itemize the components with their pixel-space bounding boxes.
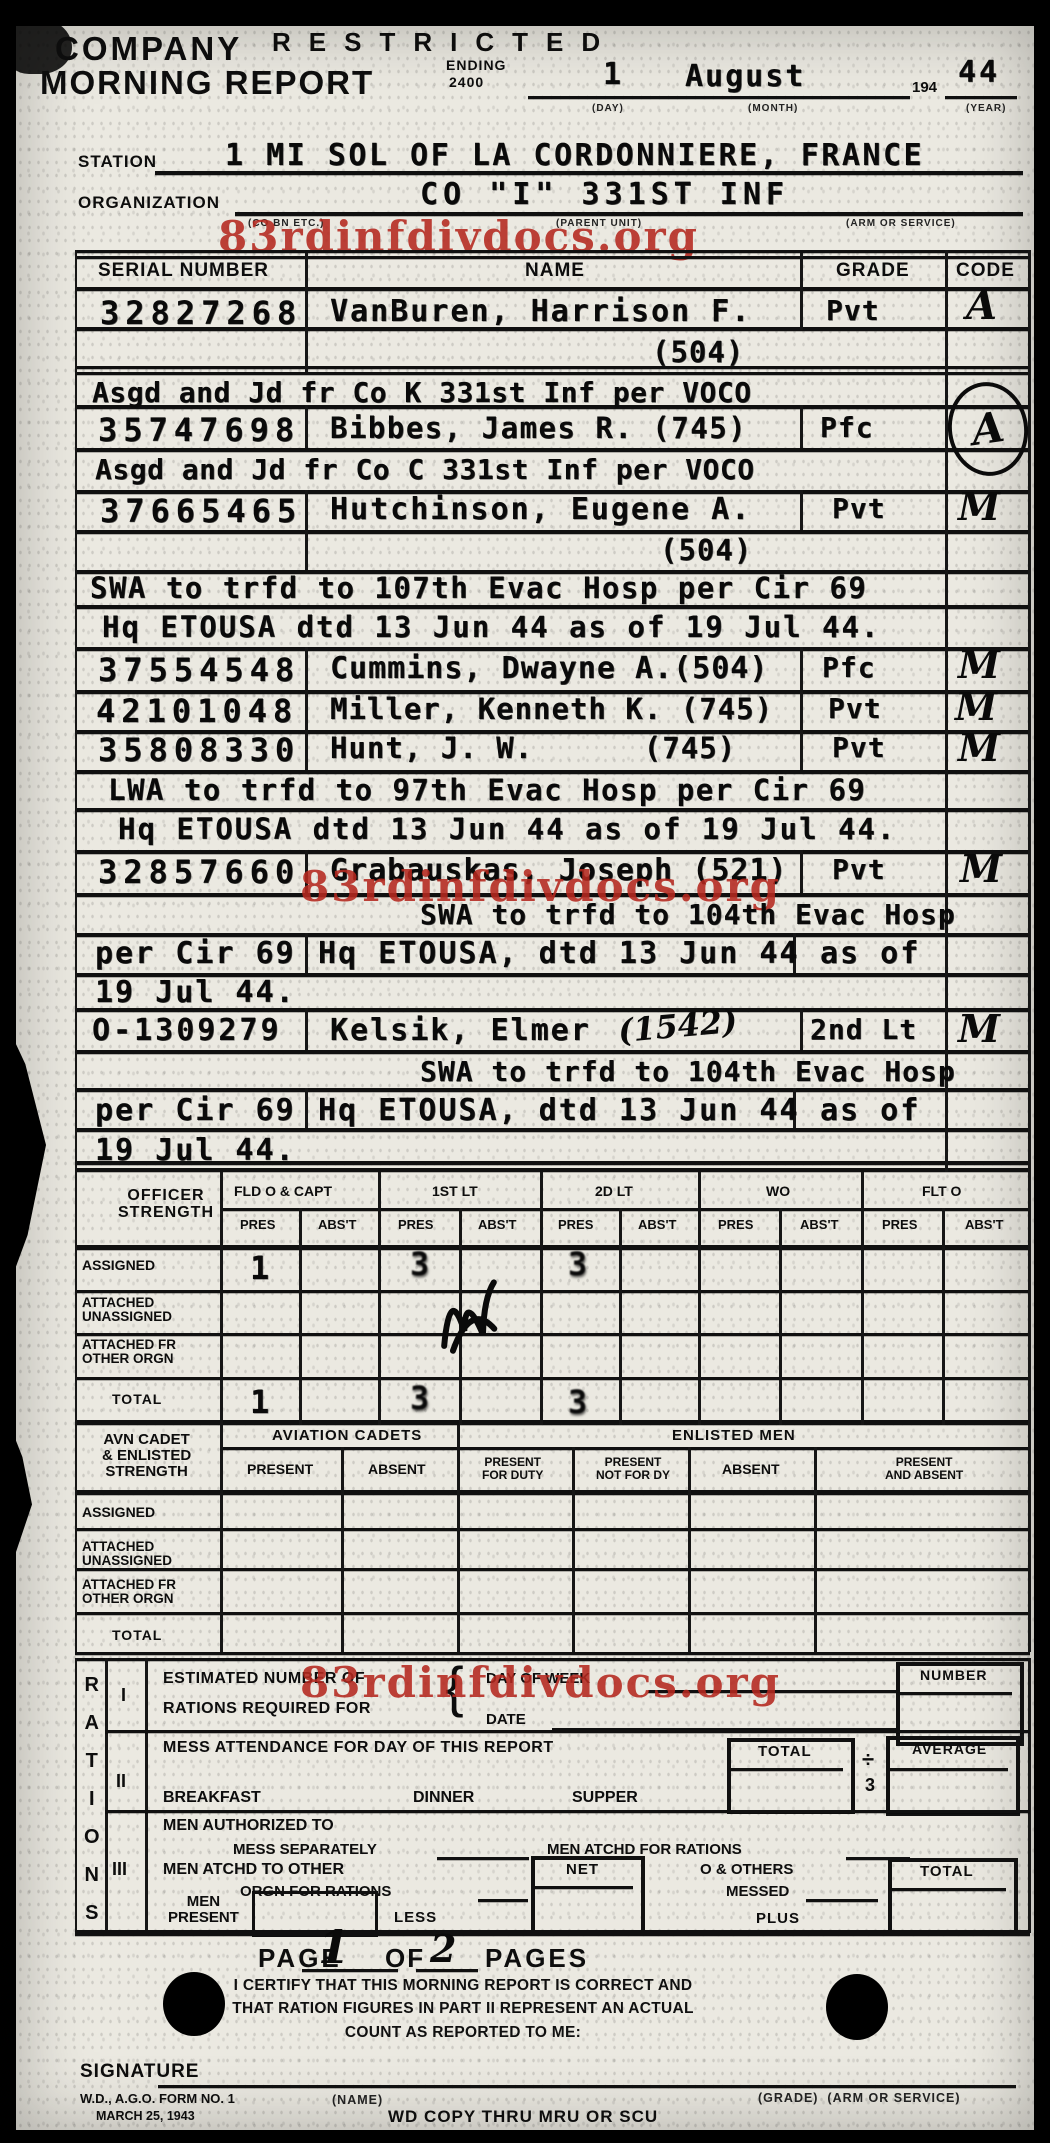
pages-label: PAGES bbox=[485, 1945, 589, 1972]
name-caption: (NAME) bbox=[332, 2093, 383, 2107]
officer-row-attached-unassigned: ATTACHED UNASSIGNED bbox=[82, 1296, 172, 1324]
rations-men-atchd-other-label: MEN ATCHD TO OTHER bbox=[163, 1862, 344, 1879]
avn-col-line bbox=[688, 1447, 691, 1652]
rations-box-line bbox=[900, 1692, 1012, 1695]
avn-col-line bbox=[220, 1425, 223, 1652]
roster-code-letter: A bbox=[966, 286, 997, 326]
officer-value: 3 bbox=[410, 1248, 429, 1280]
avn-border-right bbox=[1028, 1425, 1031, 1652]
roster-line bbox=[75, 250, 1030, 253]
roster-serial-divider bbox=[305, 490, 308, 570]
roster-name: VanBuren, Harrison F. bbox=[330, 297, 751, 327]
roster-line bbox=[75, 1128, 1030, 1132]
rations-o-others-label: O & OTHERS bbox=[700, 1862, 793, 1878]
year-caption: (YEAR) bbox=[966, 103, 1006, 114]
organization-label: ORGANIZATION bbox=[78, 194, 220, 212]
watermark-bottom: 83rdinfdivdocs.org bbox=[300, 1662, 781, 1704]
rations-divide-sign: ÷ bbox=[862, 1748, 874, 1771]
rations-numeral-3: III bbox=[112, 1860, 127, 1879]
roster-line bbox=[75, 372, 1030, 375]
roster-grade: Pfc bbox=[822, 654, 876, 682]
roster-name: Hutchinson, Eugene A. bbox=[330, 495, 751, 525]
roster-grade-divider bbox=[800, 253, 803, 330]
officer-sub-abst: ABS'T bbox=[800, 1218, 838, 1232]
roster-serial: 42101048 bbox=[96, 695, 298, 727]
certification-line2: THAT RATION FIGURES IN PART II REPRESENT… bbox=[228, 1997, 698, 2020]
avn-line bbox=[75, 1490, 1030, 1495]
officer-col-line bbox=[220, 1172, 223, 1425]
officer-value: 1 bbox=[250, 1252, 269, 1284]
report-day-value: 1 bbox=[603, 60, 621, 90]
punch-hole-right bbox=[826, 1974, 888, 2040]
officer-group-2dlt: 2D LT bbox=[595, 1184, 633, 1199]
officer-sub-line bbox=[299, 1208, 302, 1425]
roster-name-note: (504) bbox=[660, 536, 752, 565]
handwritten-scribble bbox=[423, 1267, 518, 1362]
roster-code-letter: M bbox=[958, 488, 1000, 526]
avn-table-header: AVN CADET & ENLISTED STRENGTH bbox=[102, 1432, 191, 1479]
roster-header-serial: SERIAL NUMBER bbox=[98, 261, 269, 281]
report-year-value: 44 bbox=[958, 58, 1000, 88]
avn-row-attached-fr: ATTACHED FR OTHER ORGN bbox=[82, 1578, 176, 1606]
page-underline bbox=[416, 1969, 478, 1972]
roster-line bbox=[75, 366, 1030, 369]
rations-bottom-line bbox=[75, 1930, 1030, 1936]
roster-border-right bbox=[1028, 250, 1031, 1172]
form-date: MARCH 25, 1943 bbox=[96, 2110, 195, 2123]
officer-sub-abst: ABS'T bbox=[318, 1218, 356, 1232]
roster-remark: per Cir 69 bbox=[95, 1096, 296, 1126]
form-title-company: COMPANY bbox=[55, 32, 242, 67]
roster-name: Hunt, J. W. (745) bbox=[330, 734, 736, 763]
officer-sub-pres: PRES bbox=[398, 1218, 433, 1232]
avn-col-line bbox=[814, 1447, 817, 1652]
roster-code-divider bbox=[945, 250, 948, 1172]
roster-code-letter: M bbox=[958, 646, 1000, 684]
officer-sub-line bbox=[779, 1208, 782, 1425]
roster-serial: 32857660 bbox=[98, 856, 300, 888]
year-underline bbox=[945, 96, 1017, 99]
roster-serial: 37554548 bbox=[98, 654, 300, 686]
signature-line bbox=[158, 2085, 1016, 2088]
rations-date-label: DATE bbox=[486, 1712, 526, 1728]
officer-sub-abst: ABS'T bbox=[478, 1218, 516, 1232]
avn-col-absent: ABSENT bbox=[368, 1462, 426, 1477]
roster-serial-divider bbox=[305, 1008, 308, 1050]
rations-mess-attendance-label: MESS ATTENDANCE FOR DAY OF THIS REPORT bbox=[163, 1740, 554, 1757]
roster-serial: 32827268 bbox=[100, 297, 302, 329]
officer-line bbox=[220, 1208, 1030, 1211]
roster-code-letter: M bbox=[955, 688, 997, 726]
station-label: STATION bbox=[78, 153, 157, 171]
roster-remark: 19 Jul 44. bbox=[95, 1136, 296, 1166]
avn-group-enlisted: ENLISTED MEN bbox=[672, 1428, 796, 1444]
avn-line bbox=[75, 1612, 1030, 1615]
rations-plus-label: PLUS bbox=[756, 1911, 800, 1927]
roster-line bbox=[75, 287, 1030, 291]
officer-border-left bbox=[75, 1172, 77, 1425]
scan-edge-bottom bbox=[0, 2130, 1050, 2143]
roster-serial: 35747698 bbox=[98, 414, 300, 446]
roster-serial: 37665465 bbox=[100, 495, 302, 527]
year-prefix: 194 bbox=[912, 80, 937, 96]
roster-header-name: NAME bbox=[525, 261, 585, 281]
avn-row-attached-unassigned: ATTACHED UNASSIGNED bbox=[82, 1540, 172, 1568]
rations-divisor: 3 bbox=[865, 1776, 875, 1795]
avn-group-cadets: AVIATION CADETS bbox=[272, 1428, 422, 1444]
wd-copy-note: WD COPY THRU MRU OR SCU bbox=[388, 2108, 658, 2126]
officer-value: 3 bbox=[568, 1386, 587, 1418]
roster-line bbox=[75, 256, 1030, 259]
rations-mess-separately-label: MESS SEPARATELY bbox=[233, 1842, 377, 1858]
officer-sub-line bbox=[619, 1208, 622, 1425]
officer-col-line bbox=[698, 1172, 701, 1425]
roster-name: Cummins, Dwayne A.(504) bbox=[330, 654, 768, 684]
avn-row-total: TOTAL bbox=[112, 1628, 162, 1643]
avn-col-present: PRESENT bbox=[247, 1462, 313, 1477]
day-caption: (DAY) bbox=[592, 103, 624, 114]
date-underline bbox=[528, 96, 910, 99]
avn-col-present-for-duty: PRESENT FOR DUTY bbox=[482, 1456, 543, 1481]
page-total-hand: 2 bbox=[430, 1930, 456, 1968]
report-month-value: August bbox=[685, 62, 805, 92]
roster-serial-divider bbox=[305, 647, 308, 770]
rations-men-present-label: MEN PRESENT bbox=[168, 1894, 239, 1926]
officer-col-line bbox=[861, 1172, 864, 1425]
roster-code-letter: A bbox=[969, 406, 1007, 452]
rations-border-left bbox=[75, 1658, 77, 1933]
rations-numeral-2: II bbox=[116, 1772, 126, 1791]
rations-dinner-label: DINNER bbox=[413, 1790, 474, 1807]
roster-remark: Hq ETOUSA dtd 13 Jun 44 as of 19 Jul 44. bbox=[118, 815, 896, 844]
roster-name: Bibbes, James R. (745) bbox=[330, 414, 747, 443]
officer-value: 3 bbox=[568, 1248, 587, 1280]
roster-line bbox=[75, 605, 1030, 609]
officer-sub-pres: PRES bbox=[240, 1218, 275, 1232]
officer-group-1stlt: 1ST LT bbox=[432, 1184, 478, 1199]
rations-box-line bbox=[890, 1768, 1008, 1771]
rations-line bbox=[105, 1730, 1030, 1733]
roster-grade: Pvt bbox=[832, 495, 886, 523]
roster-code-letter: M bbox=[958, 1010, 1000, 1048]
roster-remark: Hq ETOUSA dtd 13 Jun 44 as of 19 Jul 44. bbox=[102, 613, 880, 642]
roster-remark: as of bbox=[820, 939, 920, 969]
rations-number-box-label: NUMBER bbox=[920, 1668, 987, 1683]
officer-border-right bbox=[1028, 1172, 1031, 1425]
roster-grade-divider bbox=[800, 490, 803, 530]
officer-value: 3 bbox=[410, 1382, 429, 1414]
officer-row-assigned: ASSIGNED bbox=[82, 1258, 155, 1273]
roster-serial-divider bbox=[305, 253, 308, 372]
officer-sub-line bbox=[942, 1208, 945, 1425]
officer-line bbox=[75, 1290, 1030, 1293]
rations-box-line bbox=[731, 1768, 843, 1771]
organization-value: CO "I" 331ST INF bbox=[420, 180, 789, 210]
roster-grade-divider bbox=[800, 405, 803, 448]
roster-hand-number: (1542) bbox=[617, 1005, 739, 1047]
rations-col-line bbox=[145, 1658, 148, 1933]
roster-remark: SWA to trfd to 104th Evac Hosp bbox=[420, 901, 956, 929]
roster-line bbox=[75, 1050, 1030, 1054]
avn-col-present-not-for-duty: PRESENT NOT FOR DY bbox=[596, 1456, 670, 1481]
roster-name-note: (504) bbox=[652, 338, 744, 367]
roster-grade-divider bbox=[800, 1008, 803, 1050]
officer-sub-abst: ABS'T bbox=[638, 1218, 676, 1232]
avn-line bbox=[75, 1568, 1030, 1571]
roster-header-code: CODE bbox=[956, 261, 1015, 281]
certification-line3: COUNT AS REPORTED TO ME: bbox=[228, 2021, 698, 2044]
certification-line1: I CERTIFY THAT THIS MORNING REPORT IS CO… bbox=[228, 1974, 698, 1997]
officer-group-fldo: FLD O & CAPT bbox=[234, 1184, 332, 1199]
signature-label: SIGNATURE bbox=[80, 2062, 199, 2082]
roster-grade: Pvt bbox=[826, 297, 880, 325]
officer-row-attached-fr: ATTACHED FR OTHER ORGN bbox=[82, 1338, 176, 1366]
avn-col-line bbox=[341, 1447, 344, 1652]
roster-remark: Hq ETOUSA, dtd 13 Jun 44 bbox=[318, 939, 799, 969]
rations-box-line bbox=[535, 1886, 633, 1889]
rations-blank-line bbox=[437, 1857, 529, 1860]
officer-sub-abst: ABS'T bbox=[965, 1218, 1003, 1232]
roster-remark: SWA to trfd to 107th Evac Hosp per Cir 6… bbox=[90, 574, 867, 603]
rations-side-label: R A T I O N S bbox=[84, 1666, 100, 1932]
roster-serial-divider bbox=[305, 1088, 308, 1128]
rations-less-label: LESS bbox=[394, 1910, 437, 1926]
roster-code-letter: M bbox=[960, 850, 1002, 888]
roster-grade-divider bbox=[800, 647, 803, 770]
rations-net-box-label: NET bbox=[566, 1862, 599, 1878]
rations-blank-line bbox=[806, 1899, 878, 1902]
officer-col-line bbox=[378, 1172, 381, 1425]
officer-row-total: TOTAL bbox=[112, 1392, 162, 1407]
rations-total3-box-label: TOTAL bbox=[920, 1864, 974, 1880]
ending-2400-label: 2400 bbox=[449, 75, 484, 90]
avn-line bbox=[75, 1528, 1030, 1531]
avn-border-left bbox=[75, 1425, 77, 1652]
rations-average-box-label: AVERAGE bbox=[912, 1742, 987, 1757]
roster-grade-divider bbox=[800, 850, 803, 893]
officer-table-header: OFFICER STRENGTH bbox=[118, 1188, 214, 1222]
roster-grade: Pvt bbox=[828, 695, 882, 723]
rations-messed-label: MESSED bbox=[726, 1884, 789, 1900]
rations-supper-label: SUPPER bbox=[572, 1790, 638, 1807]
scanned-morning-report: COMPANY RESTRICTED MORNING REPORT ENDING… bbox=[0, 0, 1050, 2143]
officer-line bbox=[75, 1377, 1030, 1380]
roster-border-left bbox=[75, 250, 77, 1172]
org-caption-arm: (ARM OR SERVICE) bbox=[846, 218, 956, 229]
roster-remark: SWA to trfd to 104th Evac Hosp bbox=[420, 1058, 956, 1086]
roster-line bbox=[75, 1168, 1030, 1172]
roster-header-grade: GRADE bbox=[836, 261, 910, 281]
classification-banner: RESTRICTED bbox=[272, 29, 618, 56]
avn-col-line bbox=[457, 1425, 460, 1652]
grade-arm-caption: (GRADE) (ARM OR SERVICE) bbox=[758, 2091, 961, 2105]
roster-remark: Hq ETOUSA, dtd 13 Jun 44 bbox=[318, 1096, 799, 1126]
officer-sub-pres: PRES bbox=[718, 1218, 753, 1232]
month-caption: (MONTH) bbox=[748, 103, 798, 114]
avn-row-assigned: ASSIGNED bbox=[82, 1505, 155, 1520]
page-underline bbox=[302, 1969, 398, 1972]
certification-block: I CERTIFY THAT THIS MORNING REPORT IS CO… bbox=[228, 1974, 698, 2044]
rations-blank-line bbox=[478, 1899, 528, 1902]
rations-border-right bbox=[1028, 1658, 1031, 1933]
ending-label: ENDING bbox=[446, 58, 506, 73]
roster-code-letter: M bbox=[958, 729, 1000, 767]
roster-grade: Pvt bbox=[832, 734, 886, 762]
roster-grade: Pfc bbox=[820, 414, 874, 442]
rations-line bbox=[105, 1810, 1030, 1813]
rations-breakfast-label: BREAKFAST bbox=[163, 1790, 261, 1807]
avn-col-present-and-absent: PRESENT AND ABSENT bbox=[885, 1456, 963, 1481]
officer-line bbox=[75, 1245, 1030, 1250]
station-value: 1 MI SOL OF LA CORDONNIERE, FRANCE bbox=[225, 141, 924, 171]
roster-serial-divider bbox=[305, 933, 308, 973]
roster-remark: per Cir 69 bbox=[95, 939, 296, 969]
officer-group-flto: FLT O bbox=[922, 1184, 961, 1199]
roster-remark: Asgd and Jd fr Co C 331st Inf per VOCO bbox=[95, 456, 755, 484]
officer-line bbox=[75, 1420, 1030, 1425]
rations-numeral-1: I bbox=[121, 1686, 126, 1705]
roster-remark: 19 Jul 44. bbox=[95, 978, 296, 1008]
roster-serial-divider bbox=[305, 405, 308, 448]
roster-line bbox=[75, 1088, 1030, 1092]
roster-name: Kelsik, Elmer bbox=[330, 1016, 591, 1046]
station-underline bbox=[155, 171, 1023, 175]
form-number: W.D., A.G.O. FORM NO. 1 bbox=[80, 2092, 235, 2106]
roster-remark: as of bbox=[820, 1096, 920, 1126]
officer-col-line bbox=[540, 1172, 543, 1425]
rations-total-box-label: TOTAL bbox=[758, 1744, 812, 1760]
roster-serial: O-1309279 bbox=[92, 1016, 282, 1046]
page-number-hand: 1 bbox=[318, 1924, 350, 1970]
officer-sub-pres: PRES bbox=[882, 1218, 917, 1232]
rations-men-authorized-label: MEN AUTHORIZED TO bbox=[163, 1818, 334, 1835]
punch-hole-left bbox=[163, 1972, 225, 2036]
roster-grade: Pvt bbox=[832, 856, 886, 884]
roster-name: Miller, Kenneth K. (745) bbox=[330, 695, 773, 724]
rations-box-line bbox=[892, 1888, 1006, 1891]
rations-line bbox=[75, 1652, 1030, 1655]
roster-remark: Asgd and Jd fr Co K 331st Inf per VOCO bbox=[92, 379, 752, 407]
form-title-morning-report: MORNING REPORT bbox=[40, 66, 374, 101]
avn-col-absent2: ABSENT bbox=[722, 1462, 780, 1477]
roster-serial: 35808330 bbox=[98, 734, 300, 766]
avn-col-line bbox=[572, 1447, 575, 1652]
officer-group-wo: WO bbox=[766, 1184, 790, 1199]
rations-col-line bbox=[105, 1658, 108, 1933]
officer-value: 1 bbox=[250, 1386, 269, 1418]
officer-sub-pres: PRES bbox=[558, 1218, 593, 1232]
scan-edge-right bbox=[1034, 0, 1050, 2143]
roster-remark: LWA to trfd to 97th Evac Hosp per Cir 69 bbox=[108, 776, 866, 805]
officer-line bbox=[75, 1333, 1030, 1336]
roster-line bbox=[75, 530, 1030, 534]
roster-grade: 2nd Lt bbox=[810, 1016, 917, 1044]
scan-edge-top bbox=[0, 0, 1050, 26]
